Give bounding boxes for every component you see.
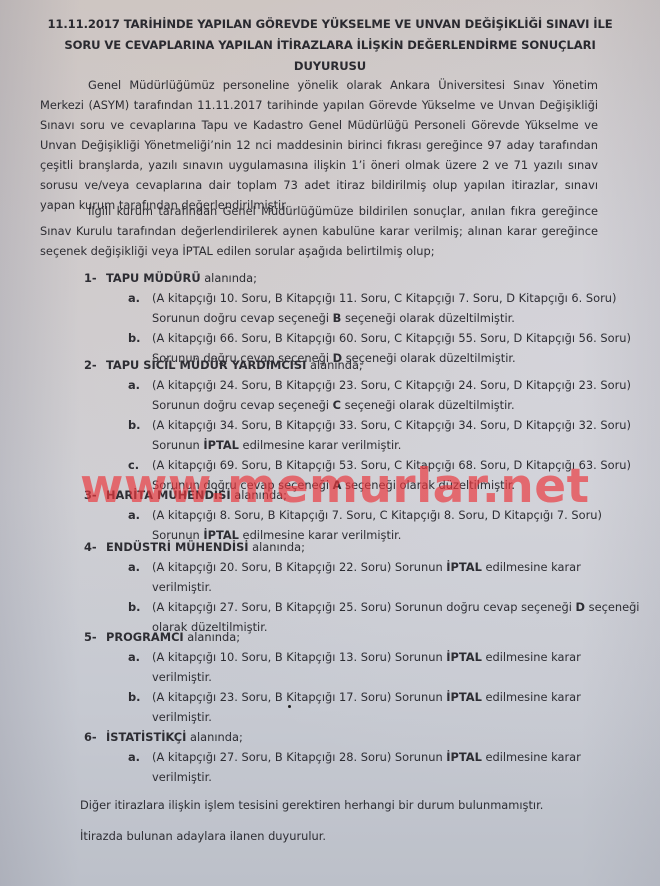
item-letter: a. xyxy=(128,747,140,767)
section-field-name: TAPU MÜDÜRÜ xyxy=(106,271,201,285)
title-line-2: SORU VE CEVAPLARINA YAPILAN İTİRAZLARA İ… xyxy=(40,35,620,56)
section-heading: 6-İSTATİSTİKÇİ alanında; xyxy=(84,727,640,747)
item-decision: İPTAL xyxy=(446,560,482,574)
decision-item: b.(A kitapçığı 23. Soru, B Kitapçığı 17.… xyxy=(84,687,640,727)
section-number: 5- xyxy=(84,627,106,647)
section-field-name: TAPU SİCİL MÜDÜR YARDIMCISI xyxy=(106,358,306,372)
item-decision: C xyxy=(333,398,341,412)
section-suffix: alanında; xyxy=(306,358,362,372)
section-tapu-muduru: 1-TAPU MÜDÜRÜ alanında;a.(A kitapçığı 10… xyxy=(84,268,640,368)
item-text: (A kitapçığı 27. Soru, B Kitapçığı 28. S… xyxy=(152,750,446,764)
section-suffix: alanında; xyxy=(186,730,242,744)
item-decision: İPTAL xyxy=(203,438,239,452)
section-heading: 2-TAPU SİCİL MÜDÜR YARDIMCISI alanında; xyxy=(84,355,640,375)
section-heading: 5-PROGRAMCI alanında; xyxy=(84,627,640,647)
title-line-1: 11.11.2017 TARİHİNDE YAPILAN GÖREVDE YÜK… xyxy=(40,14,620,35)
document-title: 11.11.2017 TARİHİNDE YAPILAN GÖREVDE YÜK… xyxy=(40,14,620,77)
section-suffix: alanında; xyxy=(184,630,240,644)
results-paragraph-text: İlgili kurum tarafından Genel Müdürlüğüm… xyxy=(40,204,598,258)
results-paragraph: İlgili kurum tarafından Genel Müdürlüğüm… xyxy=(40,201,598,261)
item-letter: b. xyxy=(128,597,140,617)
item-text: (A kitapçığı 20. Soru, B Kitapçığı 22. S… xyxy=(152,560,446,574)
watermark: www.memurlar.net xyxy=(80,462,590,512)
item-letter: b. xyxy=(128,687,140,707)
section-field-name: ENDÜSTRİ MÜHENDİSİ xyxy=(106,540,249,554)
section-field-name: İSTATİSTİKÇİ xyxy=(106,730,186,744)
item-text-end: seçeneği olarak düzeltilmiştir. xyxy=(341,311,515,325)
item-text-end: edilmesine karar verilmiştir. xyxy=(239,438,401,452)
intro-paragraph: Genel Müdürlüğümüz personeline yönelik o… xyxy=(40,75,598,215)
section-number: 4- xyxy=(84,537,106,557)
item-decision: İPTAL xyxy=(446,750,482,764)
intro-paragraph-text: Genel Müdürlüğümüz personeline yönelik o… xyxy=(40,78,598,212)
item-letter: a. xyxy=(128,647,140,667)
section-programci: 5-PROGRAMCI alanında;a.(A kitapçığı 10. … xyxy=(84,627,640,727)
item-letter: a. xyxy=(128,375,140,395)
section-number: 2- xyxy=(84,355,106,375)
section-heading: 1-TAPU MÜDÜRÜ alanında; xyxy=(84,268,640,288)
section-number: 1- xyxy=(84,268,106,288)
item-text: (A kitapçığı 27. Soru, B Kitapçığı 25. S… xyxy=(152,600,576,614)
section-number: 6- xyxy=(84,727,106,747)
decision-item: b.(A kitapçığı 34. Soru, B Kitapçığı 33.… xyxy=(84,415,640,455)
closing-statement: Diğer itirazlara ilişkin işlem tesisini … xyxy=(80,795,543,815)
item-text: (A kitapçığı 23. Soru, B Kitapçığı 17. S… xyxy=(152,690,446,704)
decision-item: a.(A kitapçığı 20. Soru, B Kitapçığı 22.… xyxy=(84,557,640,597)
decision-item: a.(A kitapçığı 10. Soru, B Kitapçığı 11.… xyxy=(84,288,640,328)
item-decision: İPTAL xyxy=(446,690,482,704)
item-letter: a. xyxy=(128,288,140,308)
section-istatistikci: 6-İSTATİSTİKÇİ alanında;a.(A kitapçığı 2… xyxy=(84,727,640,787)
decision-item: a.(A kitapçığı 27. Soru, B Kitapçığı 28.… xyxy=(84,747,640,787)
item-letter: b. xyxy=(128,415,140,435)
section-suffix: alanında; xyxy=(249,540,305,554)
section-heading: 4-ENDÜSTRİ MÜHENDİSİ alanında; xyxy=(84,537,640,557)
section-suffix: alanında; xyxy=(201,271,257,285)
item-letter: a. xyxy=(128,557,140,577)
item-text: (A kitapçığı 10. Soru, B Kitapçığı 13. S… xyxy=(152,650,446,664)
paper-speck xyxy=(288,705,291,708)
section-endustri-muhendisi: 4-ENDÜSTRİ MÜHENDİSİ alanında;a.(A kitap… xyxy=(84,537,640,637)
item-text-end: seçeneği olarak düzeltilmiştir. xyxy=(341,398,515,412)
title-line-3: DUYURUSU xyxy=(40,56,620,77)
decision-item: a.(A kitapçığı 10. Soru, B Kitapçığı 13.… xyxy=(84,647,640,687)
announcement-statement: İtirazda bulunan adaylara ilanen duyurul… xyxy=(80,826,326,846)
decision-item: a.(A kitapçığı 24. Soru, B Kitapçığı 23.… xyxy=(84,375,640,415)
announcement-document: 11.11.2017 TARİHİNDE YAPILAN GÖREVDE YÜK… xyxy=(0,0,660,886)
section-field-name: PROGRAMCI xyxy=(106,630,184,644)
item-decision: D xyxy=(576,600,585,614)
item-decision: İPTAL xyxy=(446,650,482,664)
item-letter: b. xyxy=(128,328,140,348)
